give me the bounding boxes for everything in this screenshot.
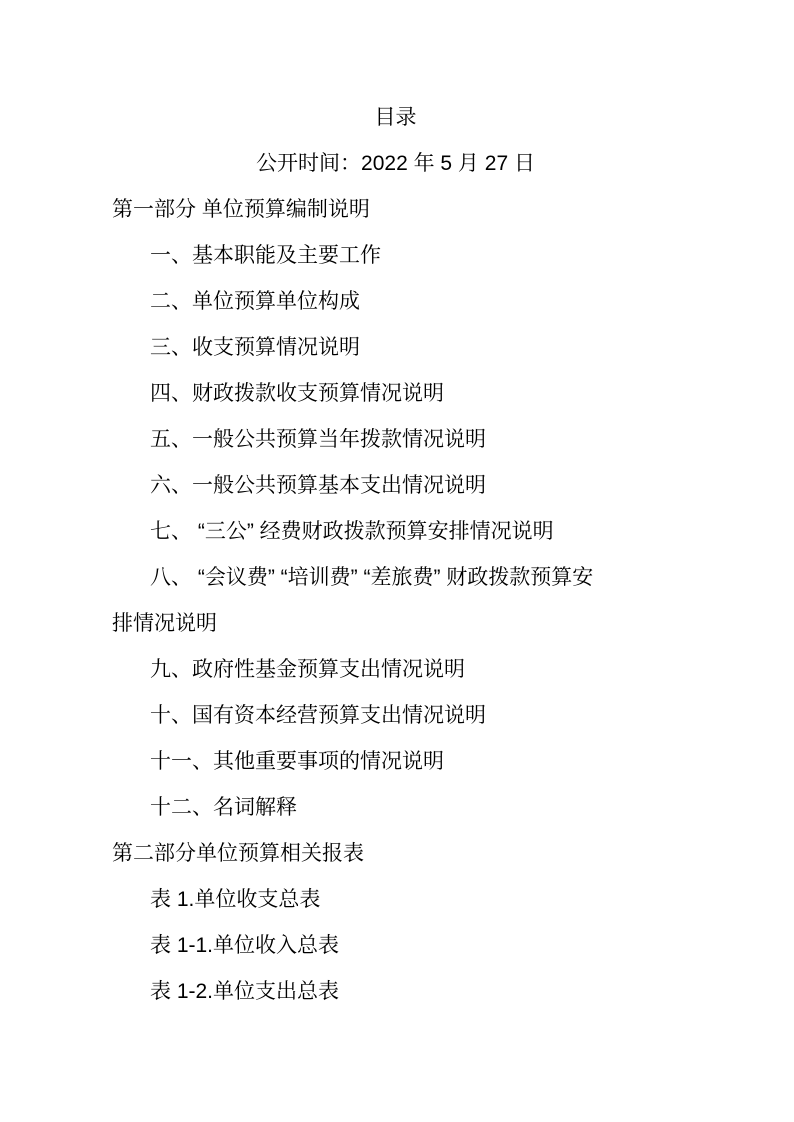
toc-item-11: 十一、其他重要事项的情况说明 [112,739,679,785]
toc-item-8-line2: 排情况说明 [112,601,679,647]
toc-table-1-1: 表 1-1.单位收入总表 [112,923,679,969]
toc-item-6: 六、一般公共预算基本支出情况说明 [112,463,679,509]
toc-item-3: 三、收支预算情况说明 [112,325,679,371]
toc-table-1: 表 1.单位收支总表 [112,877,679,923]
part1-heading: 第一部分 单位预算编制说明 [112,187,679,233]
toc-item-1: 一、基本职能及主要工作 [112,233,679,279]
toc-item-10: 十、国有资本经营预算支出情况说明 [112,693,679,739]
toc-item-12: 十二、名词解释 [112,785,679,831]
toc-item-2: 二、单位预算单位构成 [112,279,679,325]
publish-time: 公开时间：2022 年 5 月 27 日 [112,141,679,187]
toc-item-7: 七、 “三公” 经费财政拨款预算安排情况说明 [112,509,679,555]
toc-item-4: 四、财政拨款收支预算情况说明 [112,371,679,417]
toc-table-1-2: 表 1-2.单位支出总表 [112,969,679,1015]
toc-item-9: 九、政府性基金预算支出情况说明 [112,647,679,693]
toc-item-8-line1: 八、 “会议费” “培训费” “差旅费” 财政拨款预算安 [112,555,679,601]
toc-item-5: 五、一般公共预算当年拨款情况说明 [112,417,679,463]
toc-title: 目录 [112,95,679,141]
part2-heading: 第二部分单位预算相关报表 [112,831,679,877]
document-page: 目录 公开时间：2022 年 5 月 27 日 第一部分 单位预算编制说明 一、… [0,0,794,1122]
